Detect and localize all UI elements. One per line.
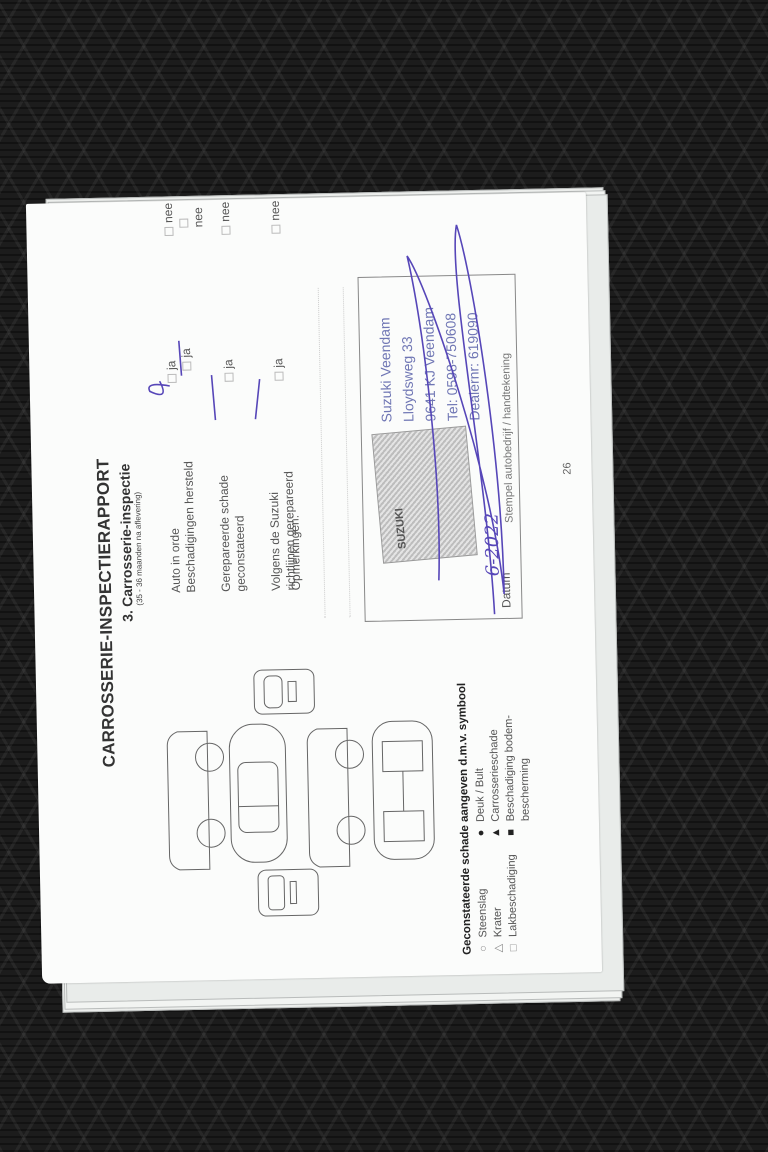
square-outline-icon: □	[506, 942, 521, 954]
inspection-report-page: CARROSSERIE-INSPECTIERAPPORT Geconstatee…	[26, 192, 602, 984]
checkbox-nee[interactable]: nee	[161, 203, 177, 236]
dealer-stamp-text: Suzuki Veendam Lloydsweg 33 9641 KJ Veen…	[373, 306, 485, 423]
square-filled-icon: ■	[504, 826, 519, 838]
circle-outline-icon: ○	[476, 942, 491, 954]
circle-filled-icon: ●	[474, 827, 489, 839]
car-rear-view-icon	[258, 869, 319, 916]
damage-symbol-legend: Geconstateerde schade aangeven d.m.v. sy…	[455, 653, 536, 955]
suzuki-logo-icon: SUZUKI	[393, 508, 409, 550]
remarks-label: Opmerkingen:	[287, 515, 303, 591]
car-front-view-icon	[254, 669, 315, 714]
checkbox-nee[interactable]: nee	[218, 202, 234, 235]
checkbox-nee[interactable]: nee	[176, 200, 207, 228]
stamp-footer-label: Stempel autobedrijf / handtekening	[500, 353, 516, 523]
dealer-stamp-box: SUZUKI Suzuki Veendam Lloydsweg 33 9641 …	[357, 274, 522, 622]
remarks-line[interactable]	[318, 288, 326, 618]
car-side-right-icon	[307, 728, 366, 867]
triangle-filled-icon: ▲	[489, 826, 504, 838]
checkbox-ja[interactable]: ja	[179, 348, 194, 371]
remarks-line[interactable]	[343, 287, 351, 617]
page-title: CARROSSERIE-INSPECTIERAPPORT	[93, 458, 119, 767]
checkbox-ja[interactable]: ja	[221, 359, 236, 382]
checkbox-ja[interactable]: ja	[164, 360, 179, 383]
car-damage-diagram	[146, 660, 451, 926]
car-underbody-icon	[372, 721, 435, 860]
inspection-row-auto-in-orde: Auto in orde ja nee	[161, 201, 170, 621]
checkbox-nee[interactable]: nee	[268, 201, 284, 234]
triangle-outline-icon: △	[491, 942, 506, 954]
date-label: Datum	[499, 572, 514, 608]
page-number: 26	[561, 462, 573, 474]
handwritten-date: 6-2022	[481, 513, 503, 577]
inspection-row-gerepareerde-schade: Gerepareerde schade ja nee	[211, 200, 220, 620]
inspection-row-suzuki-richtlijnen: Volgens de Suzuki ja nee	[261, 199, 270, 619]
stamp-image: SUZUKI	[371, 426, 477, 564]
carrosserie-inspectie-section: 3. Carrosserie-inspectie (35 - 36 maande…	[111, 202, 145, 622]
checkbox-ja[interactable]: ja	[271, 358, 286, 381]
car-top-view-icon	[229, 724, 288, 863]
car-side-left-icon	[167, 731, 226, 870]
legend-item-lakbeschadiging: □Lakbeschadiging	[505, 854, 522, 954]
legend-item-bodembescherming: ■Beschadiging bodem-	[502, 715, 520, 839]
